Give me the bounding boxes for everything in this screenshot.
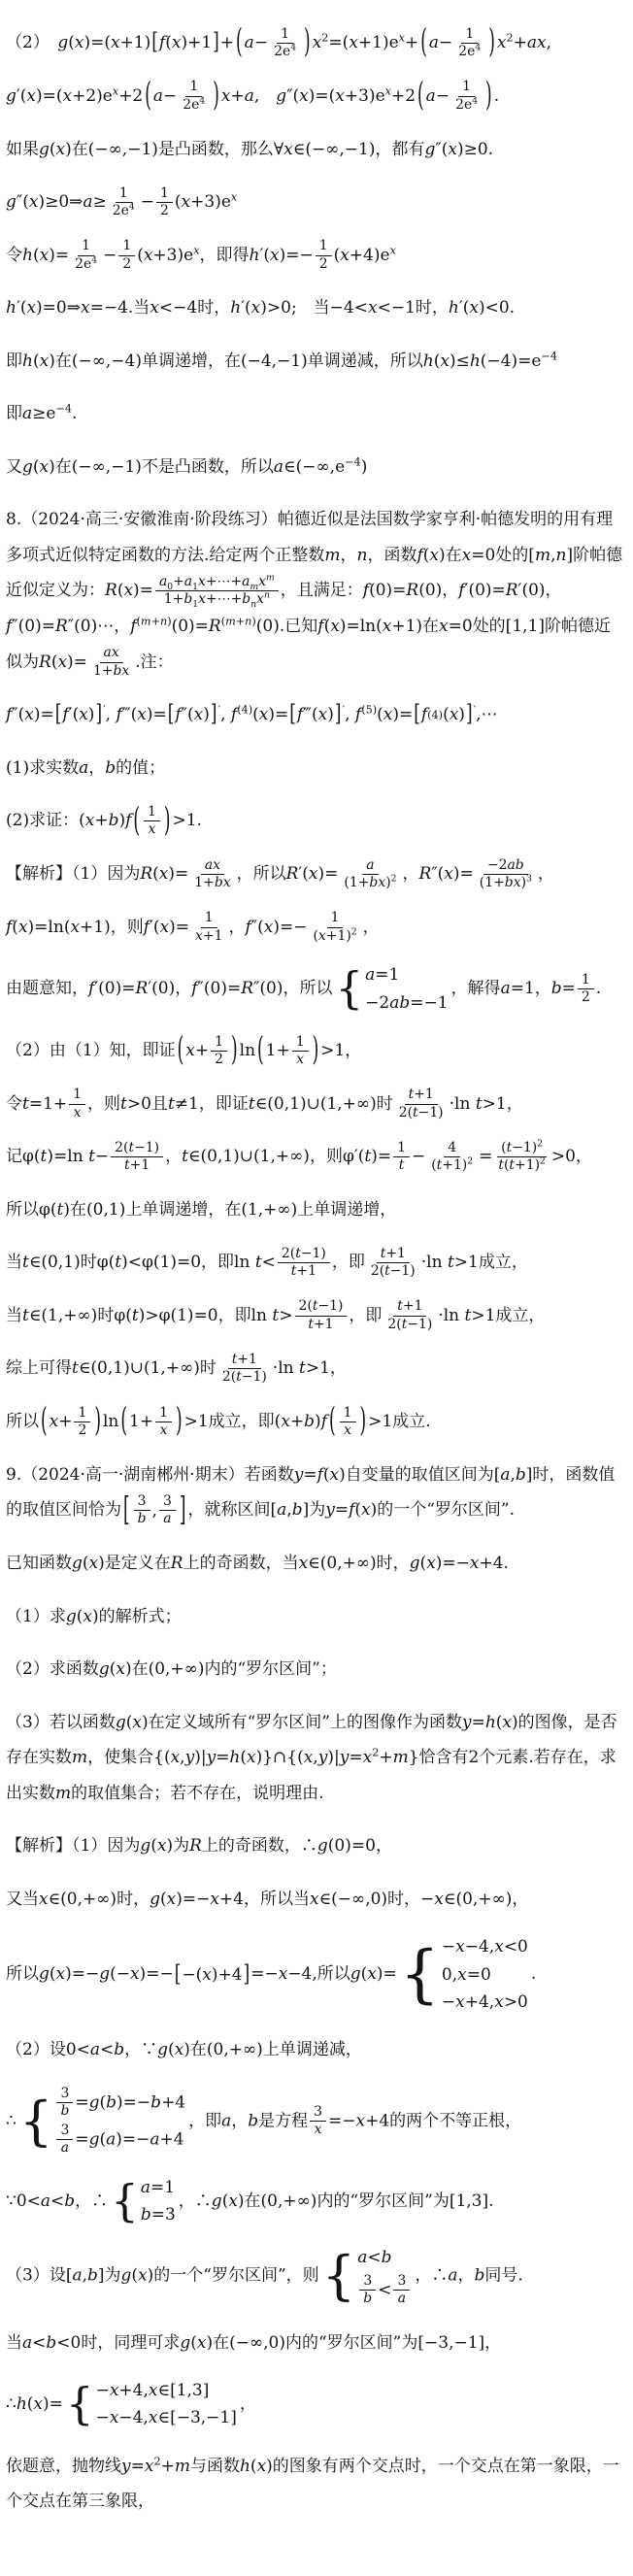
fraction: 1t xyxy=(393,1140,410,1175)
paren-group: (a−12e4) xyxy=(416,79,494,115)
math-solution-document: （2） g(x)=(x+1)[f(x)+1]+(a−12e4)x2=(x+1)e… xyxy=(0,0,633,2576)
case-row: 3a=g(a)=−a+4 xyxy=(54,2123,183,2158)
piecewise-cases: {−x+4,x∈[1,3]−x−4,x∈[−3,−1] xyxy=(66,2378,237,2431)
fraction: 12e4 xyxy=(451,79,482,114)
fraction: 2(t−1)t+1 xyxy=(295,1298,348,1333)
fraction: 12e4 xyxy=(270,26,300,61)
fraction: 12 xyxy=(118,238,135,273)
paragraph-18: 令t=1+1x，则t>0且t≠1，即证t∈(0,1)∪(1,+∞)时t+12(t… xyxy=(6,1087,623,1122)
paragraph-16: 由题意知，f′(0)=R′(0)，f″(0)=R″(0)，所以{a=1−2ab=… xyxy=(6,962,623,1016)
paragraph-15: f(x)=ln(x+1)，则f′(x)=1x+1，f″(x)=−1(x+1)2， xyxy=(6,910,623,946)
paragraph-26: 已知函数g(x)是定义在R上的奇函数，当x∈(0,+∞)时，g(x)=−x+4. xyxy=(6,1546,623,1582)
paragraph-13: (2)求证：(x+b)f(1x)>1. xyxy=(6,803,623,839)
bracket-group: [f″(x)] xyxy=(167,697,218,733)
paragraph-34: ∴{3b=g(b)=−b+43a=g(a)=−a+4，即a，b是方程3x=−x+… xyxy=(6,2086,623,2158)
paragraph-14: 【解析】（1）因为R(x)=ax1+bx，所以R′(x)=a(1+bx)2，R″… xyxy=(6,856,623,892)
case-row: −x−4,x∈[−3,−1] xyxy=(96,2405,237,2430)
bracket-group: [f(4)(x)] xyxy=(413,697,473,733)
paragraph-8: 即a≥e−4. xyxy=(6,396,623,432)
case-row: −x−4,x<0 xyxy=(442,1934,528,1959)
paragraph-1: （2） g(x)=(x+1)[f(x)+1]+(a−12e4)x2=(x+1)e… xyxy=(6,25,623,61)
paragraph-5: 令h(x)=12e4−12(x+3)ex，即得h′(x)=−12(x+4)ex xyxy=(6,238,623,274)
fraction: −2ab(1+bx)3 xyxy=(476,857,536,892)
paragraph-17: （2）由（1）知，即证(x+12)ln(1+1x)>1， xyxy=(6,1033,623,1069)
paragraph-33: （2）设0<a<b，∵g(x)在(0,+∞)上单调递减， xyxy=(6,2032,623,2068)
paragraph-23: 综上可得t∈(0,1)∪(1,+∞)时t+12(t−1)·ln t>1， xyxy=(6,1351,623,1387)
fraction: a0+a1x+⋯+amxm1+b1x+⋯+bnxn xyxy=(155,574,279,609)
fraction: 3b xyxy=(359,2273,376,2308)
fraction: t+12(t−1) xyxy=(383,1298,436,1333)
fraction: 3a xyxy=(56,2123,73,2158)
paragraph-4: g″(x)≥0⇒a≥12e4−12(x+3)ex xyxy=(6,184,623,220)
case-row: 3b=g(b)=−b+4 xyxy=(54,2086,185,2121)
paragraph-27: （1）求g(x)的解析式； xyxy=(6,1599,623,1635)
fraction: 1x xyxy=(340,1405,356,1440)
fraction: 12 xyxy=(156,185,173,220)
piecewise-cases: {3b=g(b)=−b+43a=g(a)=−a+4 xyxy=(19,2086,185,2158)
paragraph-38: ∴h(x)={−x+4,x∈[1,3]−x−4,x∈[−3,−1]， xyxy=(6,2378,623,2431)
fraction: 3a xyxy=(159,1493,176,1528)
paren-group: (a−12e4) xyxy=(143,79,221,115)
bracket-group: [−(x)+4] xyxy=(174,1957,250,1993)
case-row: a<b xyxy=(357,2245,391,2270)
paragraph-10: 8.（2024·高三·安徽淮南·阶段练习）帕德近似是法国数学家亨利·帕德发明的用… xyxy=(6,502,623,680)
paragraph-32: 所以g(x)=−g(−x)=−[−(x)+4]=−x−4,所以g(x)={−x−… xyxy=(6,1934,623,2015)
fraction: 12 xyxy=(578,972,594,1007)
paren-group: (x+12) xyxy=(39,1404,103,1440)
paragraph-28: （2）求函数g(x)在(0,+∞)内的“罗尔区间”； xyxy=(6,1652,623,1688)
case-row: −x+4,x>0 xyxy=(442,1990,528,2015)
piecewise-cases: {−x−4,x<00,x=0−x+4,x>0 xyxy=(400,1934,528,2015)
case-row: a=1 xyxy=(365,962,399,987)
paragraph-6: h′(x)=0⇒x=−4.当x<−4时，h′(x)>0; 当−4<x<−1时，h… xyxy=(6,290,623,326)
fraction: 3x xyxy=(310,2104,326,2139)
paragraph-11: f″(x)=[f′(x)]′, f‴(x)=[f″(x)]′, f(4)(x)=… xyxy=(6,697,623,733)
fraction: 3b xyxy=(56,2086,73,2121)
paragraph-21: 当t∈(0,1)时φ(t)<φ(1)=0，即ln t<2(t−1)t+1，即t+… xyxy=(6,1245,623,1281)
bracket-group: [f‴(x)] xyxy=(288,697,342,733)
page: { "page": { "width_px": 652, "height_px"… xyxy=(0,0,633,2576)
fraction: 1x xyxy=(155,1405,172,1440)
paren-group: (1+1x) xyxy=(255,1033,320,1069)
fraction: 1x xyxy=(292,1034,309,1069)
fraction: 12e4 xyxy=(71,238,101,273)
paragraph-22: 当t∈(1,+∞)时φ(t)>φ(1)=0，即ln t>2(t−1)t+1，即t… xyxy=(6,1298,623,1334)
fraction: t+12(t−1) xyxy=(395,1087,448,1121)
fraction: 1(x+1)2 xyxy=(309,910,360,945)
fraction: 2(t−1)t+1 xyxy=(278,1246,330,1281)
case-row: −2ab=−1 xyxy=(365,990,448,1016)
paren-group: (a−12e4) xyxy=(234,25,313,61)
bracket-group: [f′(x)] xyxy=(54,697,103,733)
fraction: 12 xyxy=(74,1405,90,1440)
piecewise-cases: {a<b3b<3a xyxy=(322,2245,413,2307)
paren-group: (a−12e4) xyxy=(418,25,497,61)
paragraph-2: g′(x)=(x+2)ex+2(a−12e4)x+a, g″(x)=(x+3)e… xyxy=(6,79,623,115)
paragraph-36: （3）设[a,b]为g(x)的一个“罗尔区间”，则{a<b3b<3a，∴a，b同… xyxy=(6,2245,623,2307)
case-row: b=3 xyxy=(141,2202,176,2227)
fraction: ax1+bx xyxy=(190,857,234,892)
fraction: 12e4 xyxy=(179,79,209,114)
piecewise-cases: {a=1b=3 xyxy=(111,2175,176,2228)
fraction: 1x+1 xyxy=(191,910,226,945)
paren-group: (1+1x) xyxy=(118,1404,183,1440)
paragraph-29: （3）若以函数g(x)在定义域所有“罗尔区间”上的图像作为函数y=h(x)的图像… xyxy=(6,1705,623,1812)
paragraph-9: 又g(x)在(−∞,−1)不是凸函数，所以a∈(−∞,e−4) xyxy=(6,450,623,485)
fraction: 1x xyxy=(69,1087,85,1121)
paragraph-3: 如果g(x)在(−∞,−1)是凸函数，那么∀x∈(−∞,−1)，都有g″(x)≥… xyxy=(6,132,623,168)
fraction: a(1+bx)2 xyxy=(340,857,400,892)
paren-group: (1x) xyxy=(327,1404,368,1440)
paragraph-39: 依题意，抛物线y=x2+m与函数h(x)的图象有两个交点时，一个交点在第一象限，… xyxy=(6,2449,623,2520)
fraction: 1x xyxy=(144,804,160,839)
fraction: t+12(t−1) xyxy=(367,1246,419,1281)
fraction: 12e4 xyxy=(454,26,484,61)
piecewise-cases: {a=1−2ab=−1 xyxy=(335,962,448,1016)
fraction: 3a xyxy=(393,2273,410,2308)
bracket-group: [f(x)+1] xyxy=(150,25,220,61)
paren-group: (x+12) xyxy=(176,1033,240,1069)
fraction: 12 xyxy=(316,238,332,273)
bracket-group: [3b,3a] xyxy=(121,1493,188,1529)
case-row: −x+4,x∈[1,3] xyxy=(96,2378,210,2403)
fraction: 3b xyxy=(134,1493,150,1528)
paragraph-37: 当a<b<0时，同理可求g(x)在(−∞,0)内的“罗尔区间”为[−3,−1]， xyxy=(6,2325,623,2361)
paragraph-19: 记φ(t)=ln t−2(t−1)t+1，t∈(0,1)∪(1,+∞)，则φ′(… xyxy=(6,1139,623,1175)
paren-group: (1x) xyxy=(131,804,172,840)
case-row: 0,x=0 xyxy=(442,1962,491,1988)
fraction: ax1+bx xyxy=(89,645,133,680)
fraction: t+12(t−1) xyxy=(218,1352,271,1387)
paragraph-25: 9.（2024·高一·湖南郴州·期末）若函数y=f(x)自变量的取值区间为[a,… xyxy=(6,1457,623,1528)
case-row: 3b<3a xyxy=(357,2273,412,2308)
fraction: 12 xyxy=(211,1034,227,1069)
paragraph-30: 【解析】（1）因为g(x)为R上的奇函数，∴g(0)=0， xyxy=(6,1828,623,1864)
fraction: 4(t+1)2 xyxy=(427,1140,477,1175)
case-row: a=1 xyxy=(141,2175,175,2200)
paragraph-24: 所以(x+12)ln(1+1x)>1成立，即(x+b)f(1x)>1成立. xyxy=(6,1404,623,1440)
paragraph-35: ∵0<a<b，∴{a=1b=3，∴g(x)在(0,+∞)内的“罗尔区间”为[1,… xyxy=(6,2175,623,2228)
paragraph-12: (1)求实数a，b的值； xyxy=(6,751,623,786)
fraction: (t−1)2t(t+1)2 xyxy=(494,1140,550,1175)
paragraph-20: 所以φ(t)在(0,1)上单调递增，在(1,+∞)上单调递增， xyxy=(6,1192,623,1228)
fraction: 2(t−1)t+1 xyxy=(111,1140,163,1175)
paragraph-7: 即h(x)在(−∞,−4)单调递增，在(−4,−1)单调递减，所以h(x)≤h(… xyxy=(6,344,623,380)
fraction: 12e4 xyxy=(109,185,139,220)
paragraph-31: 又当x∈(0,+∞)时，g(x)=−x+4，所以当x∈(−∞,0)时，−x∈(0… xyxy=(6,1882,623,1918)
